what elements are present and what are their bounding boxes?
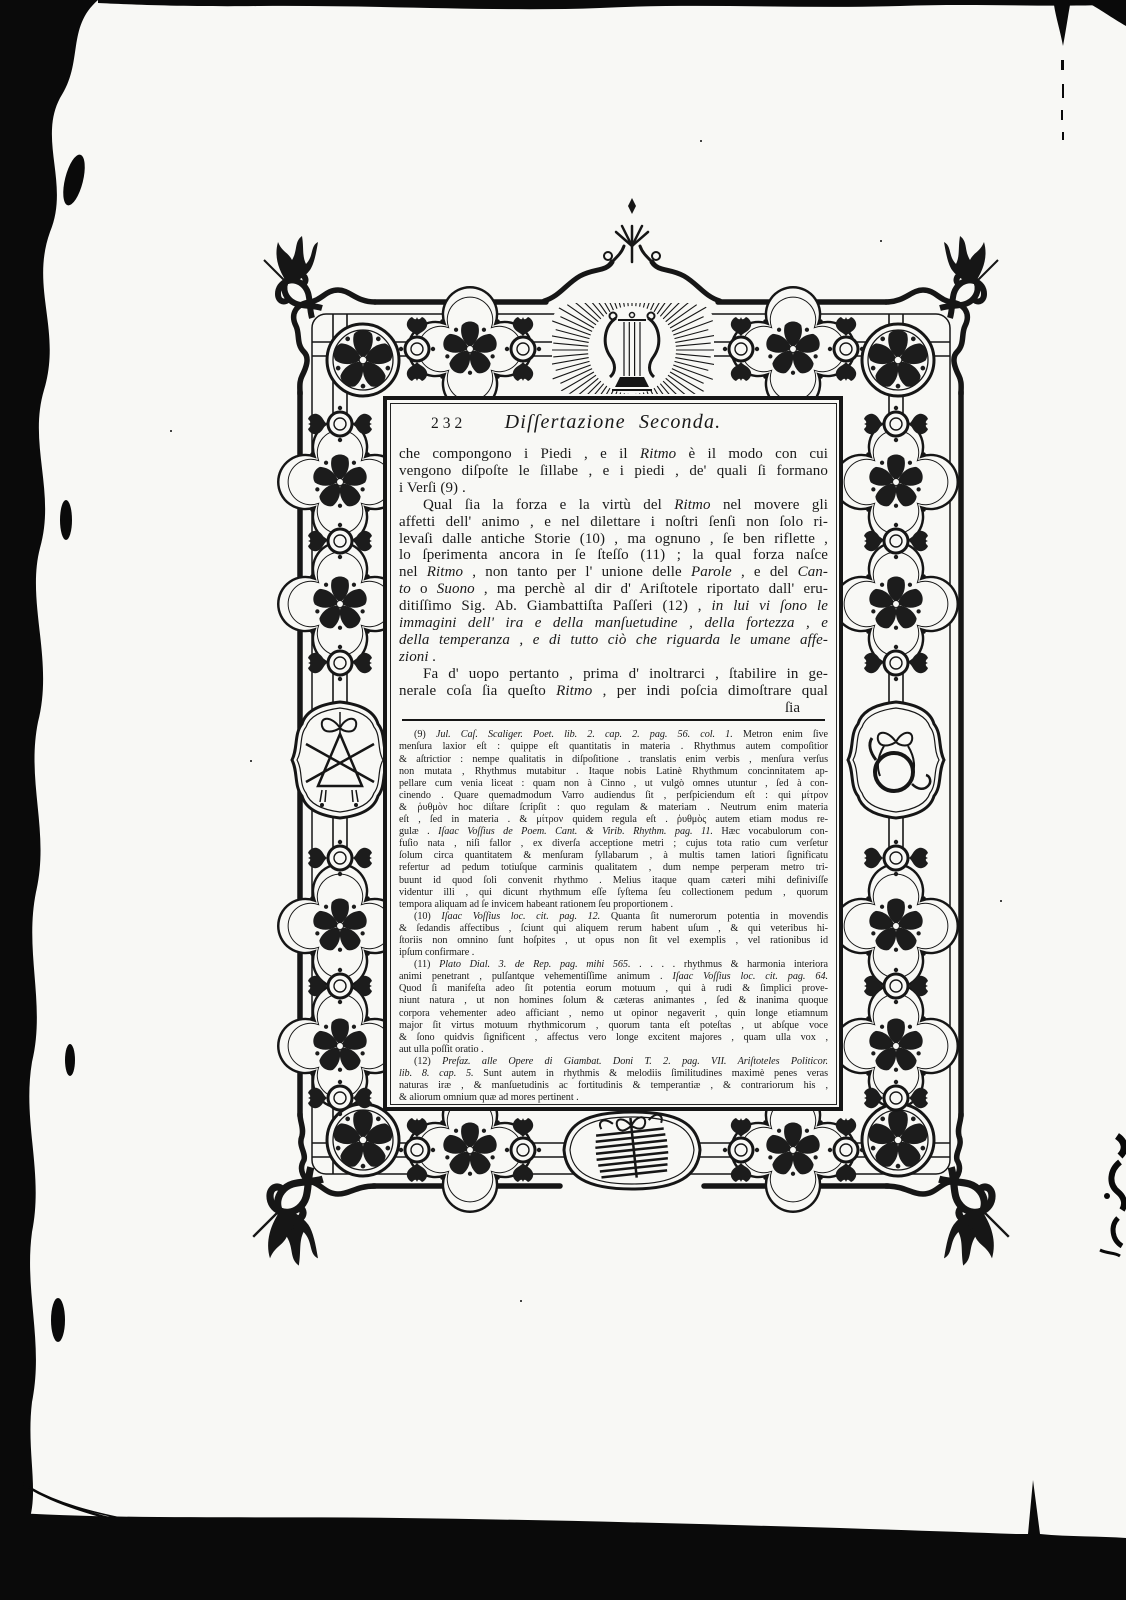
text-line: animi penetrant , pulſantque vehementiſſ… [399,971,828,983]
text-line: (9) Jul. Caſ. Scaliger. Poet. lib. 2. ca… [399,729,828,741]
text-line: affetti dell' animo , e nel dilettare i … [399,514,828,531]
text-line: Fa d' uopo pertanto , prima d' inoltrarc… [399,666,828,683]
text-line: corpora vehementer adeo afficiant , nemo… [399,1008,828,1020]
text-line: niunt natura , ut non homines ſolum & cæ… [399,995,828,1007]
text-line: nerale coſa ſia queſto Ritmo , per indi … [399,683,828,700]
text-line: gulæ . Iſaac Voſſius de Poem. Cant. & Vi… [399,826,828,838]
crest-scroll-finial [544,198,720,301]
text-line: cinendo . Quare quemadmodum Varro audien… [399,790,828,802]
text-line: ſtoriis non omnino ſunt hoſpites , ut op… [399,935,828,947]
scanned-book-page: 232 Diſſertazione Seconda. che compongon… [0,0,1126,1600]
text-line: (12) Prefaz. alle Opere di Giambat. Doni… [399,1056,828,1068]
left-edge-ink-smudge [0,0,98,1524]
text-line: aut ulla poſſit oratio . [399,1044,828,1056]
text-frame-box: 232 Diſſertazione Seconda. che compongon… [383,396,843,1111]
text-line: (11) Plato Dial. 3. de Rep. pag. mihi 56… [399,959,828,971]
hunting-horn-icon [848,702,944,818]
text-line: major ſit virtus motuum rhythmicorum , q… [399,1020,828,1032]
text-line: & ῥυθμὸν hoc diſtare ſcripſit : quo regu… [399,802,828,814]
text-line: nel Ritmo , non tanto per l' unione dell… [399,564,828,581]
text-line: & ſedandis affectibus , ſciunt qui aliqu… [399,923,828,935]
text-content: che compongono i Piedi , e il Ritmo è il… [399,446,828,1104]
running-title: Diſſertazione Seconda. [387,411,839,434]
text-line: immagini dell' ira e della manſuetudine … [399,615,828,632]
text-line: pellare cum venia liceat : quam non à Ci… [399,778,828,790]
footnote-9: (9) Jul. Caſ. Scaliger. Poet. lib. 2. ca… [399,729,828,910]
text-line: tempora aliquam ad ſe invicem habeant ra… [399,899,828,911]
text-line: & ſono quidvis ſignificent , affectus ve… [399,1032,828,1044]
text-line: zioni . [399,649,828,666]
text-line: della temperanza , e di tutto ciò che ri… [399,632,828,649]
text-line: non mutata , Rhythmus mutabitur . Itaque… [399,766,828,778]
right-edge-ornament-fragment [1100,1136,1124,1256]
bottom-ink-band [0,1480,1126,1600]
text-line: menſura laxior eſt : quippe eſt quantita… [399,741,828,753]
text-line: lib. 8. cap. 5. Sunt autem in rhythmis &… [399,1068,828,1080]
body-paragraph-2: Qual ſia la forza e la virtù del Ritmo n… [399,497,828,666]
text-line: vengono diſpoſte le ſillabe , e i piedi … [399,463,828,480]
footnote-11: (11) Plato Dial. 3. de Rep. pag. mihi 56… [399,959,828,1056]
text-line: & aliorum omnium quæ ad mores pertinent … [399,1092,828,1104]
text-line: lo ſperimenta ancora in ſe ſteſſo (11) ;… [399,547,828,564]
triangle-flutes-icon [292,702,388,818]
text-line: (10) Iſaac Voſſius loc. cit. pag. 12. Qu… [399,911,828,923]
catchword: ſia [399,700,828,716]
footnote-10: (10) Iſaac Voſſius loc. cit. pag. 12. Qu… [399,911,828,959]
text-line: & aſtrictior : nempe qualitatis in diſpo… [399,754,828,766]
text-line: ditiſſimo Sig. Ab. Giambattiſta Paſſeri … [399,598,828,615]
text-line: i Verſi (9) . [399,480,828,497]
text-line: buunt id quod ſoli convenit rhythmo . Me… [399,875,828,887]
top-right-ink-drip [1054,5,1070,46]
text-line: Quod ſi manifeſta adeo ſit potentia eoru… [399,983,828,995]
body-paragraph-3: Fa d' uopo pertanto , prima d' inoltrarc… [399,666,828,700]
panpipes-icon [564,1112,700,1189]
text-line: videntur illi , qui dicunt rhythmum eſſe… [399,887,828,899]
top-edge-ink-line [0,0,1126,9]
text-line: fuſio nata , niſi fallor , ex diverſa ac… [399,838,828,850]
text-line: ipſum confirmare . [399,947,828,959]
text-line: levaſi dalle antiche Storie (10) , ma og… [399,531,828,548]
footnote-separator-rule [402,719,825,722]
text-line: refertur ad pedum totiuſque carminis qua… [399,862,828,874]
footnote-12: (12) Prefaz. alle Opere di Giambat. Doni… [399,1056,828,1104]
body-paragraph-1: che compongono i Piedi , e il Ritmo è il… [399,446,828,497]
text-line: eſt , ſed in materia . & μίτρον quidem r… [399,814,828,826]
text-line: to o Suono , ma perchè al dir d' Ariſtot… [399,581,828,598]
text-line: Qual ſia la forza e la virtù del Ritmo n… [399,497,828,514]
text-line: naturas iræ , & manſuetudinis ac fortitu… [399,1080,828,1092]
text-line: che compongono i Piedi , e il Ritmo è il… [399,446,828,463]
text-line: ſolum circa quantitatem & menſuram ſylla… [399,850,828,862]
